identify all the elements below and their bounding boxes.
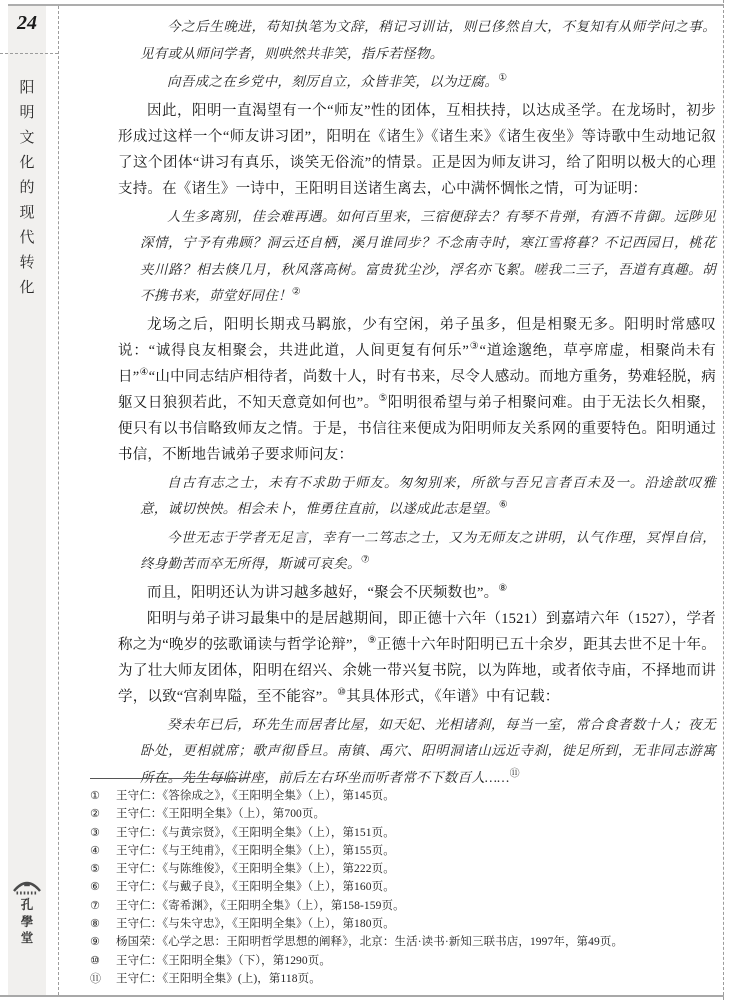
footnote-number: ④ bbox=[90, 842, 116, 860]
footnote-text: 王守仁：《与王纯甫》，《王阳明全集》（上），第155页。 bbox=[116, 842, 718, 860]
footnote-ref: ⑦ bbox=[361, 555, 370, 566]
footnote-ref: ⑩ bbox=[337, 687, 346, 698]
footnote-ref: ⑨ bbox=[367, 635, 376, 646]
quote-block: 人生多离别，佳会难再遇。如何百里来，三宿便辞去？有琴不肯弹，有酒不肯御。远陟见深… bbox=[140, 204, 716, 310]
footnote-item: ⑨杨国荣：《心学之思：王阳明哲学思想的阐释》，北京：生活·读书·新知三联书店，1… bbox=[90, 933, 718, 951]
chapter-title-char: 化 bbox=[8, 276, 46, 301]
footnote-number: ③ bbox=[90, 824, 116, 842]
footnote-text: 王守仁：《与朱守忠》，《王阳明全集》（上），第180页。 bbox=[116, 915, 718, 933]
footnote-number: ② bbox=[90, 805, 116, 823]
footnote-ref: ① bbox=[498, 73, 507, 84]
footnote-text: 王守仁：《王阳明全集》（上），第700页。 bbox=[116, 805, 718, 823]
quote-block: 自古有志之士，未有不求助于师友。匆匆别来，所欲与吾兄言者百未及一。沿途歆叹雅意，… bbox=[140, 470, 716, 523]
chapter-title-char: 的 bbox=[8, 176, 46, 201]
chapter-title-char: 文 bbox=[8, 126, 46, 151]
footnote-item: ③王守仁：《与黄宗贤》，《王阳明全集》（上），第151页。 bbox=[90, 824, 718, 842]
footnote-number: ⑥ bbox=[90, 878, 116, 896]
footnote-text: 杨国荣：《心学之思：王阳明哲学思想的阐释》，北京：生活·读书·新知三联书店，19… bbox=[116, 933, 718, 951]
footnote-item: ⑥王守仁：《与戴子良》，《王阳明全集》（上），第160页。 bbox=[90, 878, 718, 896]
footnotes: ①王守仁：《答徐成之》，《王阳明全集》（上），第145页。②王守仁：《王阳明全集… bbox=[90, 778, 718, 988]
footnote-item: ⑧王守仁：《与朱守忠》，《王阳明全集》（上），第180页。 bbox=[90, 915, 718, 933]
footnote-number: ⑤ bbox=[90, 860, 116, 878]
logo-char: 堂 bbox=[8, 930, 46, 947]
footnote-item: ⑤王守仁：《与陈维俊》，《王阳明全集》（上），第222页。 bbox=[90, 860, 718, 878]
page-bottom-border bbox=[0, 995, 724, 997]
sidebar-dashed-line bbox=[58, 6, 59, 995]
logo-char: 學 bbox=[8, 914, 46, 931]
footnote-list: ①王守仁：《答徐成之》，《王阳明全集》（上），第145页。②王守仁：《王阳明全集… bbox=[90, 787, 718, 988]
footnote-ref: ② bbox=[292, 287, 301, 298]
footnote-ref: ④ bbox=[139, 367, 148, 378]
footnote-ref: ⑥ bbox=[499, 500, 508, 511]
footnote-item: ⑪王守仁：《王阳明全集》(上)，第118页。 bbox=[90, 970, 718, 988]
chapter-title-char: 明 bbox=[8, 101, 46, 126]
quote-block: 今世无志于学者无足言，幸有一二笃志之士，又为无师友之讲明，认气作理，冥悍自信，终… bbox=[140, 525, 716, 578]
footnote-item: ⑩王守仁：《王阳明全集》（下），第1290页。 bbox=[90, 952, 718, 970]
paragraph: 而且，阳明还认为讲习越多越好，“聚会不厌频数也”。⑧ bbox=[118, 580, 716, 606]
paragraph: 龙场之后，阳明长期戎马羁旅，少有空闲，弟子虽多，但是相聚无多。阳明时常感叹说：“… bbox=[118, 312, 716, 468]
footnote-number: ⑩ bbox=[90, 952, 116, 970]
footnote-text: 王守仁：《与黄宗贤》，《王阳明全集》（上），第151页。 bbox=[116, 824, 718, 842]
logo-text: 孔學堂 bbox=[8, 897, 46, 947]
chapter-title-char: 现 bbox=[8, 201, 46, 226]
footnote-text: 王守仁：《王阳明全集》（下），第1290页。 bbox=[116, 952, 718, 970]
publisher-logo: 孔學堂 bbox=[8, 880, 46, 947]
right-margin-dashed-line bbox=[723, 0, 724, 1000]
page-top-border bbox=[8, 4, 724, 6]
quote-block: 向吾成之在乡党中，刻厉自立，众皆非笑，以为迂腐。① bbox=[140, 69, 716, 96]
chapter-title-char: 阳 bbox=[8, 76, 46, 101]
footnote-number: ⑧ bbox=[90, 915, 116, 933]
footnote-item: ①王守仁：《答徐成之》，《王阳明全集》（上），第145页。 bbox=[90, 787, 718, 805]
paragraph: 因此，阳明一直渴望有一个“师友”性的团体，互相扶持，以达成圣学。在龙场时，初步形… bbox=[118, 98, 716, 202]
chapter-title-char: 化 bbox=[8, 151, 46, 176]
footnote-ref: ⑤ bbox=[379, 393, 388, 404]
page-number-divider bbox=[0, 53, 58, 54]
footnote-text: 王守仁：《与陈维俊》，《王阳明全集》（上），第222页。 bbox=[116, 860, 718, 878]
footnote-number: ⑨ bbox=[90, 933, 116, 951]
footnote-item: ④王守仁：《与王纯甫》，《王阳明全集》（上），第155页。 bbox=[90, 842, 718, 860]
footnote-item: ②王守仁：《王阳明全集》（上），第700页。 bbox=[90, 805, 718, 823]
chapter-title-char: 代 bbox=[8, 226, 46, 251]
page-number: 24 bbox=[8, 12, 46, 35]
footnote-ref: ⑧ bbox=[498, 583, 507, 594]
chapter-title-vertical: 阳明文化的现代转化 bbox=[8, 76, 46, 301]
chapter-title-char: 转 bbox=[8, 251, 46, 276]
footnote-ref: ③ bbox=[469, 341, 479, 352]
quote-block: 今之后生晚进，苟知执笔为文辞，稍记习训诂，则已侈然自大，不复知有从师学问之事。见… bbox=[140, 14, 716, 67]
footnote-number: ① bbox=[90, 787, 116, 805]
footnote-number: ⑦ bbox=[90, 897, 116, 915]
paragraph: 阳明与弟子讲习最集中的是居越期间，即正德十六年（1521）到嘉靖六年（1527）… bbox=[118, 606, 716, 710]
footnote-text: 王守仁：《与戴子良》，《王阳明全集》（上），第160页。 bbox=[116, 878, 718, 896]
footnote-text: 王守仁：《答徐成之》，《王阳明全集》（上），第145页。 bbox=[116, 787, 718, 805]
footnote-number: ⑪ bbox=[90, 970, 116, 988]
footnote-text: 王守仁：《王阳明全集》(上)，第118页。 bbox=[116, 970, 718, 988]
logo-char: 孔 bbox=[8, 897, 46, 914]
main-text: 今之后生晚进，苟知执笔为文辞，稍记习训诂，则已侈然自大，不复知有从师学问之事。见… bbox=[118, 12, 716, 793]
footnote-item: ⑦王守仁：《寄希渊》，《王阳明全集》（上），第158-159页。 bbox=[90, 897, 718, 915]
book-page: 24 阳明文化的现代转化 孔學堂 今之后生晚进，苟知执笔为文辞，稍记习训诂，则已… bbox=[0, 0, 750, 1000]
gate-arch-icon bbox=[12, 880, 42, 895]
footnote-separator bbox=[90, 778, 248, 779]
footnote-text: 王守仁：《寄希渊》，《王阳明全集》（上），第158-159页。 bbox=[116, 897, 718, 915]
